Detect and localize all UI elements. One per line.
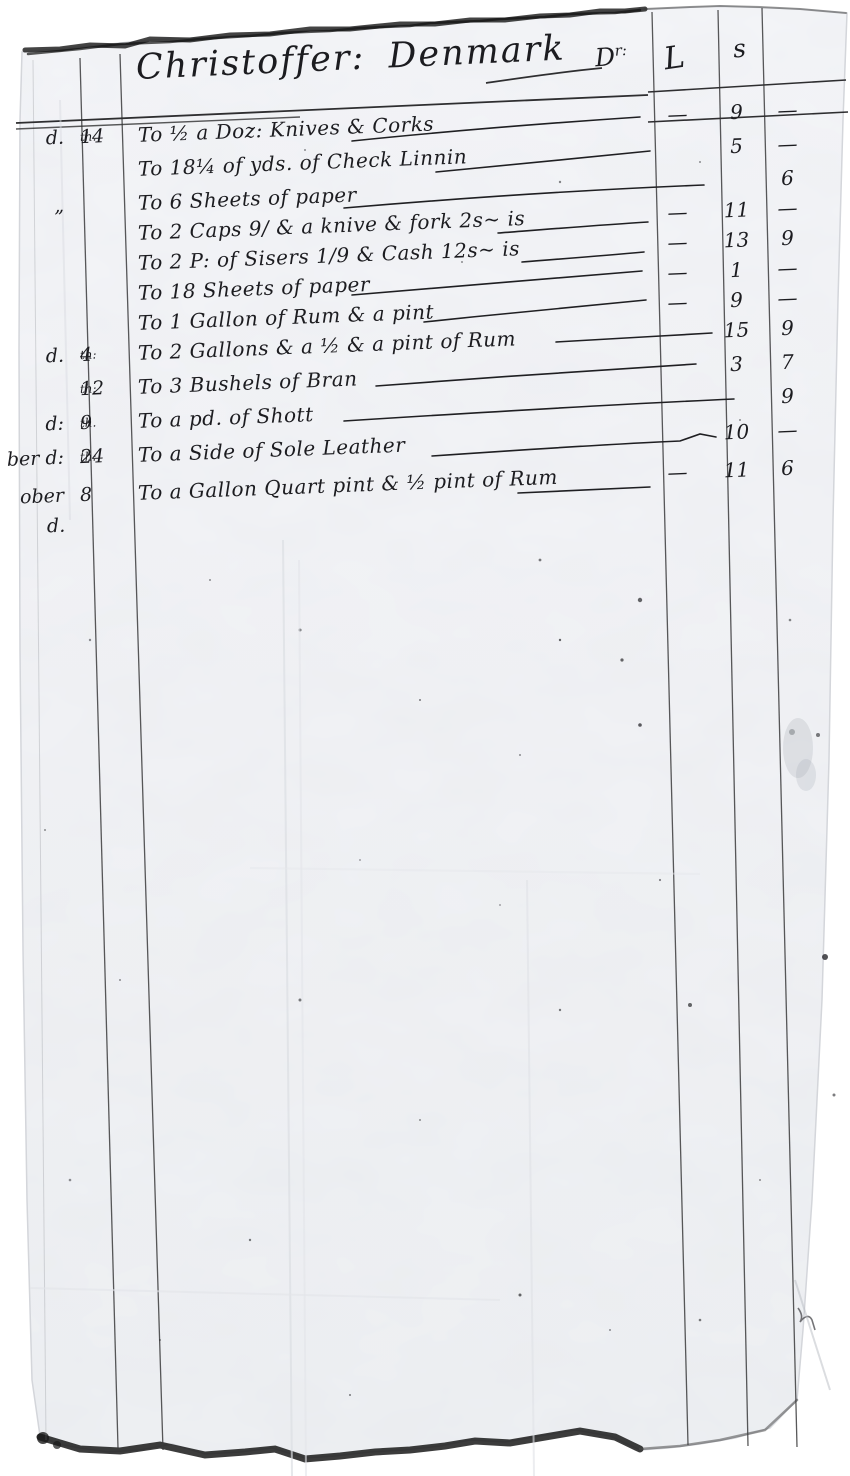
ledger-page: Christoffer: Denmark Dr: L s d. 14th. To… xyxy=(0,0,850,1476)
entry-pence: — xyxy=(761,94,814,126)
entry-day: 9th. xyxy=(79,406,136,443)
entry-day: 4th: xyxy=(79,338,136,375)
entry-shillings: 15 xyxy=(711,314,762,346)
entry-pounds: — xyxy=(651,456,704,488)
entry-month: ber d: xyxy=(0,443,65,475)
entry-pence: — xyxy=(761,282,814,314)
entry-pounds: — xyxy=(651,98,704,130)
entry-day-number: 24 xyxy=(79,441,104,472)
entry-shillings: 9 xyxy=(711,96,762,128)
entry-pence: 9 xyxy=(761,312,814,344)
entry-month: d: xyxy=(0,409,65,441)
entry-shillings: 9 xyxy=(711,284,762,316)
entry-shillings: 13 xyxy=(711,224,762,256)
entry-shillings: 3 xyxy=(711,348,762,380)
entry-day: 14th. xyxy=(79,120,136,157)
entry-pence: 7 xyxy=(761,346,814,378)
entry-month: d. xyxy=(0,341,65,373)
entry-pence: — xyxy=(761,192,814,224)
entry-day-number: 9 xyxy=(79,408,92,438)
entry-pence: — xyxy=(761,414,814,446)
entry-pence: 6 xyxy=(761,452,814,484)
debtor-mark: Dr: xyxy=(594,41,628,73)
entry-pence: 9 xyxy=(761,222,814,254)
entry-day: 12th: xyxy=(79,372,136,409)
entry-pounds: — xyxy=(651,286,704,318)
debtor-mark-base: D xyxy=(594,42,616,72)
debtor-mark-sup: r: xyxy=(614,41,627,60)
entry-pence: — xyxy=(761,128,814,160)
entry-shillings: 1 xyxy=(711,254,762,286)
entry-shillings: 11 xyxy=(711,454,762,486)
entry-pounds: — xyxy=(651,256,704,288)
entry-day-number: 14 xyxy=(79,121,104,152)
entry-pence: — xyxy=(761,252,814,284)
entry-day-number: 4 xyxy=(79,340,92,370)
entry-day: 24th: xyxy=(79,440,136,477)
entry-pounds: — xyxy=(651,226,704,258)
entry-shillings: 5 xyxy=(711,130,762,162)
column-header-pounds: L xyxy=(662,39,687,78)
entry-month: d. xyxy=(0,123,65,155)
entry-day-number: 8 xyxy=(79,480,92,510)
entry-pence: 9 xyxy=(761,380,814,412)
entry-shillings: 10 xyxy=(711,416,762,448)
entry-day-number: 12 xyxy=(79,373,104,404)
entry-month: „ xyxy=(0,191,65,223)
entry-pounds: — xyxy=(651,196,704,228)
entry-month: ober d. xyxy=(0,481,66,543)
entry-shillings: 11 xyxy=(711,194,762,226)
entry-pence: 6 xyxy=(761,162,814,194)
